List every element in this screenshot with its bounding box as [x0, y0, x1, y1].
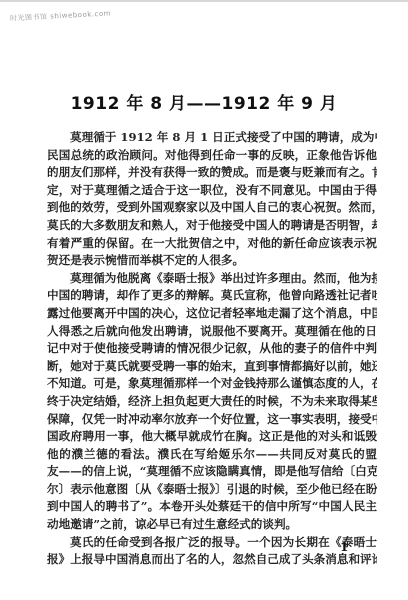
text-line: 莫氏的任命受到各报广泛的报导。一个因为长期在《泰晤士	[47, 534, 377, 552]
text-line: 记中对于使他接受聘请的情况很少记叙，从他的妻子的信件中判	[47, 340, 377, 358]
text-line: 终于决定结婚，经济上担负起更大责任的时候，不为未来取得某些	[47, 393, 377, 411]
text-line: 贺还是表示惋惜而举棋不定的人很多。	[47, 252, 377, 270]
text-line: 报》上报导中国消息而出了名的人，忽然自己成了头条消息和评论	[47, 551, 377, 569]
text-line: 中国的聘请，却作了更多的辩解。莫氏宣称，他曾向路透社记者吐	[47, 287, 377, 305]
text-line: 动地邀请”之前，谅必早已有过生意经式的谈判。	[47, 516, 377, 534]
text-line: 到中国人的聘书了”。本卷开头处蔡廷干的信中所写“中国人民主	[47, 498, 377, 516]
chapter-title: 1912 年 8 月——1912 年 9 月	[0, 89, 408, 114]
text-line: 的朋友们那样，并没有获得一致的赞成。而是褒与贬兼而有之。肯	[47, 164, 377, 182]
text-line: 露过他要离开中国的决心，这位记者轻率地走漏了这个消息，中国	[47, 305, 377, 323]
text-line: 民国总统的政治顾问。对他得到任命一事的反映，正象他告诉他	[47, 147, 377, 165]
text-line: 他的濮兰德的看法。濮氏在写给姬乐尔——共同反对莫氏的盟	[47, 446, 377, 464]
text-line: 莫氏的大多数朋友和熟人，对于他接受中国人的聘请是否明智，却	[47, 217, 377, 235]
text-line: 不知道。可是，象莫理循那样一个对金钱持那么谨慎态度的人，在	[47, 375, 377, 393]
text-line: 友——的信上说，“莫理循不应该隐瞒真情，即是他写信给〔白克	[47, 463, 377, 481]
watermark: 时光图书馆 shiwebook.com	[10, 8, 111, 23]
text-line: 到他的效劳，受到外国观察家以及中国人自己的衷心祝贺。然而，	[47, 199, 377, 217]
page-number: 1	[340, 540, 348, 554]
text-line: 定，对于莫理循之适合于这一职位，没有不同意见。中国由于得	[47, 182, 377, 200]
text-line: 断，她对于莫氏就要受聘一事的始末，直到事情都搞好以前，她还	[47, 358, 377, 376]
text-line: 莫理循为他脱离《泰晤士报》举出过许多理由。然而，他为接受	[47, 270, 377, 288]
body-text: 莫理循于 1912 年 8 月 1 日正式接受了中国的聘请，成为中华民国总统的政…	[47, 129, 377, 569]
scan-top-edge	[0, 0, 408, 2]
text-line: 人得悉之后就向他发出聘请，说服他不要离开。莫理循在他的日	[47, 323, 377, 341]
text-line: 国政府聘用一事，他大概早就成竹在胸。这正是他的对头和诋毁	[47, 428, 377, 446]
text-line: 尔〕表示他意图〔从《泰晤士报》〕引退的时候，至少他已经在盼望得	[47, 481, 377, 499]
text-line: 保障，仅凭一时冲动率尔放弃一个好位置，这一事实表明，接受中	[47, 411, 377, 429]
text-line: 有着严重的保留。在一大批贺信之中，对他的新任命应该表示祝	[47, 235, 377, 253]
text-line: 莫理循于 1912 年 8 月 1 日正式接受了中国的聘请，成为中华	[47, 129, 377, 147]
